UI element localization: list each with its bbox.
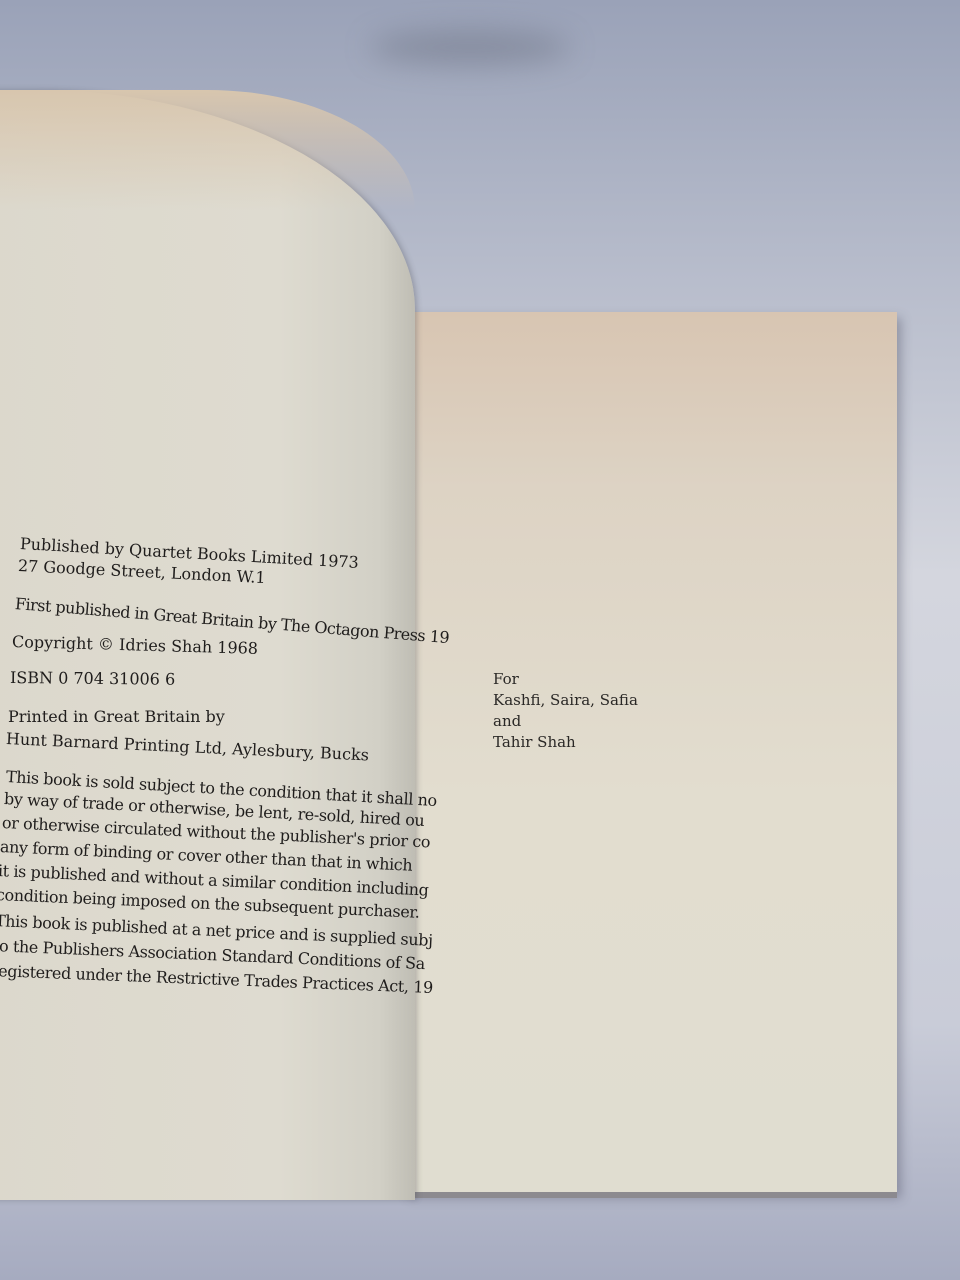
dedication-line: For <box>493 669 638 690</box>
dedication-line: and <box>493 711 638 732</box>
dedication-line: Kashfi, Saira, Safia <box>493 690 638 711</box>
isbn-line: ISBN 0 704 31006 6 <box>10 667 175 691</box>
dedication: For Kashfi, Saira, Safia and Tahir Shah <box>493 669 638 753</box>
dedication-line: Tahir Shah <box>493 732 638 753</box>
printed-by-line: Printed in Great Britain by <box>8 706 225 728</box>
background-shadow <box>370 30 570 65</box>
right-page: For Kashfi, Saira, Safia and Tahir Shah <box>405 312 897 1192</box>
